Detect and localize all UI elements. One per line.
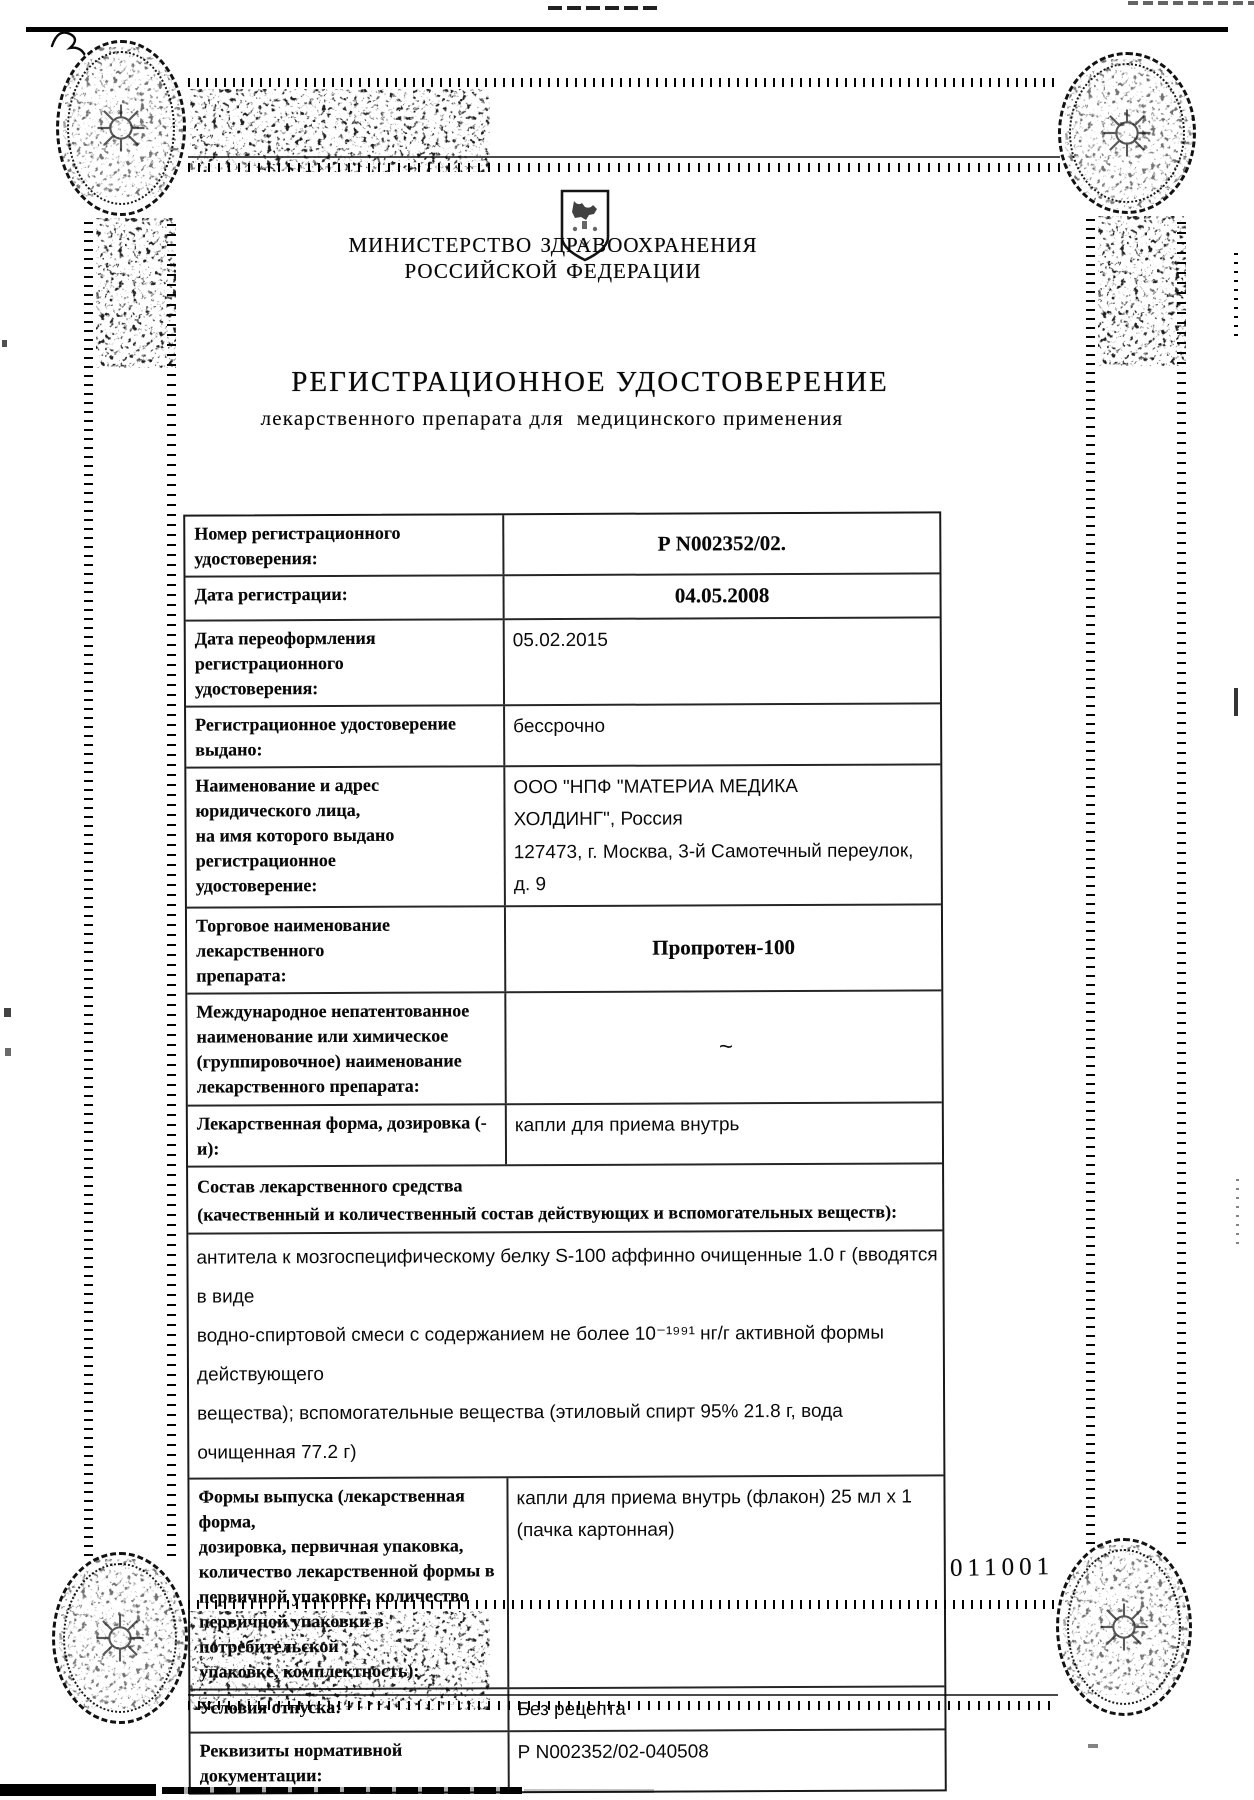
row-label: Регистрационное удостоверение выдано: [186,706,505,766]
table-row: Формы выпуска (лекарственная форма, дози… [189,1474,944,1688]
corner-ornament-bottom-left [52,1552,188,1724]
certificate-page: МИНИСТЕРСТВО ЗДРАВООХРАНЕНИЯ РОССИЙСКОЙ … [0,0,1254,1800]
row-label: Торговое наименование лекарственного пре… [187,907,506,992]
row-label: Дата переоформления регистрационного удо… [186,620,505,705]
right-edge-marks-2 [1236,1174,1239,1244]
table-row: Реквизиты нормативной документации: Р N0… [191,1728,945,1792]
table-row: Наименование и адрес юридического лица, … [186,763,941,906]
row-label: Формы выпуска (лекарственная форма, дози… [189,1478,509,1688]
row-label: Международное непатентованное наименован… [187,993,506,1104]
row-value: антитела к мозгоспецифическому белку S-1… [188,1232,943,1478]
serial-number: 011001 [950,1553,1055,1583]
right-edge-marks [1234,246,1238,336]
certificate-title: РЕГИСТРАЦИОННОЕ УДОСТОВЕРЕНИЕ [190,366,990,399]
row-label: Дата регистрации: [185,576,504,619]
left-edge-dot [2,340,7,347]
row-value: 05.02.2015 [505,618,940,704]
ministry-line-1: МИНИСТЕРСТВО ЗДРАВООХРАНЕНИЯ [203,232,903,258]
row-value: капли для приема внутрь [507,1104,942,1165]
table-row: Международное непатентованное наименован… [187,990,941,1105]
row-label: Лекарственная форма, дозировка (-и): [188,1105,507,1165]
certificate-subtitle: лекарственного препарата для медицинског… [202,406,902,431]
ministry-line-2: РОССИЙСКОЙ ФЕДЕРАЦИИ [203,258,903,284]
corner-ornament-bottom-right [1056,1538,1192,1716]
row-value: Р N002352/02. [504,513,939,574]
left-edge-dot-3 [5,1048,11,1056]
table-row: антитела к мозгоспецифическому белку S-1… [188,1230,943,1478]
scan-top-right-mark [1128,1,1254,5]
registration-table: Номер регистрационного удостоверения: Р … [183,511,947,1794]
ministry-name: МИНИСТЕРСТВО ЗДРАВООХРАНЕНИЯ РОССИЙСКОЙ … [203,232,903,284]
left-edge-dot-2 [4,1008,11,1017]
table-row: Дата переоформления регистрационного удо… [186,616,940,705]
row-value: ~ [506,992,941,1104]
border-band-top [188,78,1060,172]
row-label: Состав лекарственного средства (качестве… [188,1165,942,1233]
table-row: Лекарственная форма, дозировка (-и): кап… [188,1102,942,1166]
border-band-left [84,216,176,1556]
scan-bottom-dot [1088,1744,1098,1748]
row-value: ООО "НПФ "МАТЕРИА МЕДИКА ХОЛДИНГ", Росси… [505,765,941,905]
table-row: Дата регистрации: 04.05.2008 [185,572,939,619]
table-row: Торговое наименование лекарственного пре… [187,904,941,993]
row-label: Номер регистрационного удостоверения: [185,515,504,575]
row-value: бессрочно [505,704,940,765]
row-label: Условия отпуска: [190,1689,509,1732]
table-row: Регистрационное удостоверение выдано: бе… [186,702,940,766]
border-band-right [1086,214,1186,1544]
table-row: Состав лекарственного средства (качестве… [188,1163,942,1233]
row-value: Без рецепта [509,1687,944,1730]
row-label: Наименование и адрес юридического лица, … [186,767,506,907]
scan-bottom-bar [0,1784,156,1796]
row-value: Пропротен-100 [506,906,941,992]
table-row: Условия отпуска: Без рецепта [190,1685,944,1732]
row-value: капли для приема внутрь (флакон) 25 мл х… [508,1476,944,1687]
right-edge-dash [1234,688,1238,716]
scan-top-mark [548,6,658,10]
row-label: Реквизиты нормативной документации: [191,1732,510,1792]
corner-ornament-top-right [1058,52,1196,214]
row-value: 04.05.2008 [504,574,939,618]
corner-ornament-top-left [56,40,186,216]
table-row: Номер регистрационного удостоверения: Р … [185,513,939,575]
scan-top-line [26,27,1228,32]
row-value: Р N002352/02-040508 [510,1730,945,1791]
